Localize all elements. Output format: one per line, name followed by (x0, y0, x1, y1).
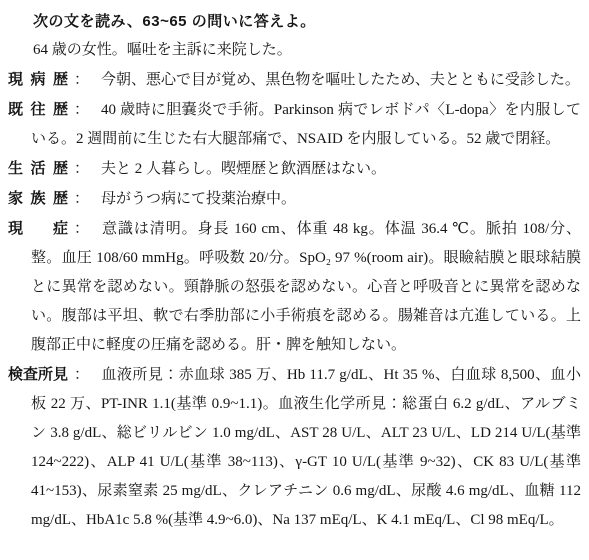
section-text: 母がうつ病にて投薬治療中。 (101, 191, 296, 207)
question-directive: 次の文を読み、63~65 の問いに答えよ。 (8, 7, 581, 36)
section-colon: ： (74, 155, 89, 184)
section-family-history: 家族歴：母がうつ病にて投薬治療中。 (8, 184, 581, 214)
section-text: 夫と 2 人暮らし。喫煙歴と飲酒歴はない。 (101, 161, 386, 177)
section-label: 現症 (8, 214, 68, 243)
section-present-illness: 現病歴：今朝、悪心で目が覚め、黒色物を嘔吐したため、夫とともに受診した。 (8, 65, 581, 95)
section-text: 血液所見：赤血球 385 万、Hb 11.7 g/dL、Ht 35 %、白血球 … (31, 367, 581, 528)
section-physical-findings: 現症：意識は清明。身長 160 cm、体重 48 kg。体温 36.4 ℃。脈拍… (8, 214, 581, 360)
section-text: 今朝、悪心で目が覚め、黒色物を嘔吐したため、夫とともに受診した。 (101, 72, 580, 88)
section-colon: ： (74, 215, 89, 244)
section-past-medical-history: 既往歴：40 歳時に胆嚢炎で手術。Parkinson 病でレボドパ〈L-dopa… (8, 95, 581, 154)
section-colon: ： (74, 66, 89, 95)
section-colon: ： (74, 185, 89, 214)
patient-summary: 64 歳の女性。嘔吐を主訴に来院した。 (8, 36, 581, 65)
section-label: 生活歴 (8, 154, 68, 183)
section-colon: ： (74, 96, 89, 125)
section-colon: ： (74, 361, 89, 390)
section-text: 意識は清明。身長 160 cm、体重 48 kg。体温 36.4 ℃。脈拍 10… (31, 221, 581, 353)
section-label: 現病歴 (8, 65, 68, 94)
section-lab-findings: 検査所見：血液所見：赤血球 385 万、Hb 11.7 g/dL、Ht 35 %… (8, 360, 581, 535)
section-label: 検査所見 (8, 360, 68, 389)
section-label: 既往歴 (8, 95, 68, 124)
section-text: 40 歳時に胆嚢炎で手術。Parkinson 病でレボドパ〈L-dopa〉を内服… (31, 102, 581, 147)
medical-case-document: 次の文を読み、63~65 の問いに答えよ。 64 歳の女性。嘔吐を主訴に来院した… (0, 0, 589, 560)
section-label: 家族歴 (8, 184, 68, 213)
section-social-history: 生活歴：夫と 2 人暮らし。喫煙歴と飲酒歴はない。 (8, 154, 581, 184)
